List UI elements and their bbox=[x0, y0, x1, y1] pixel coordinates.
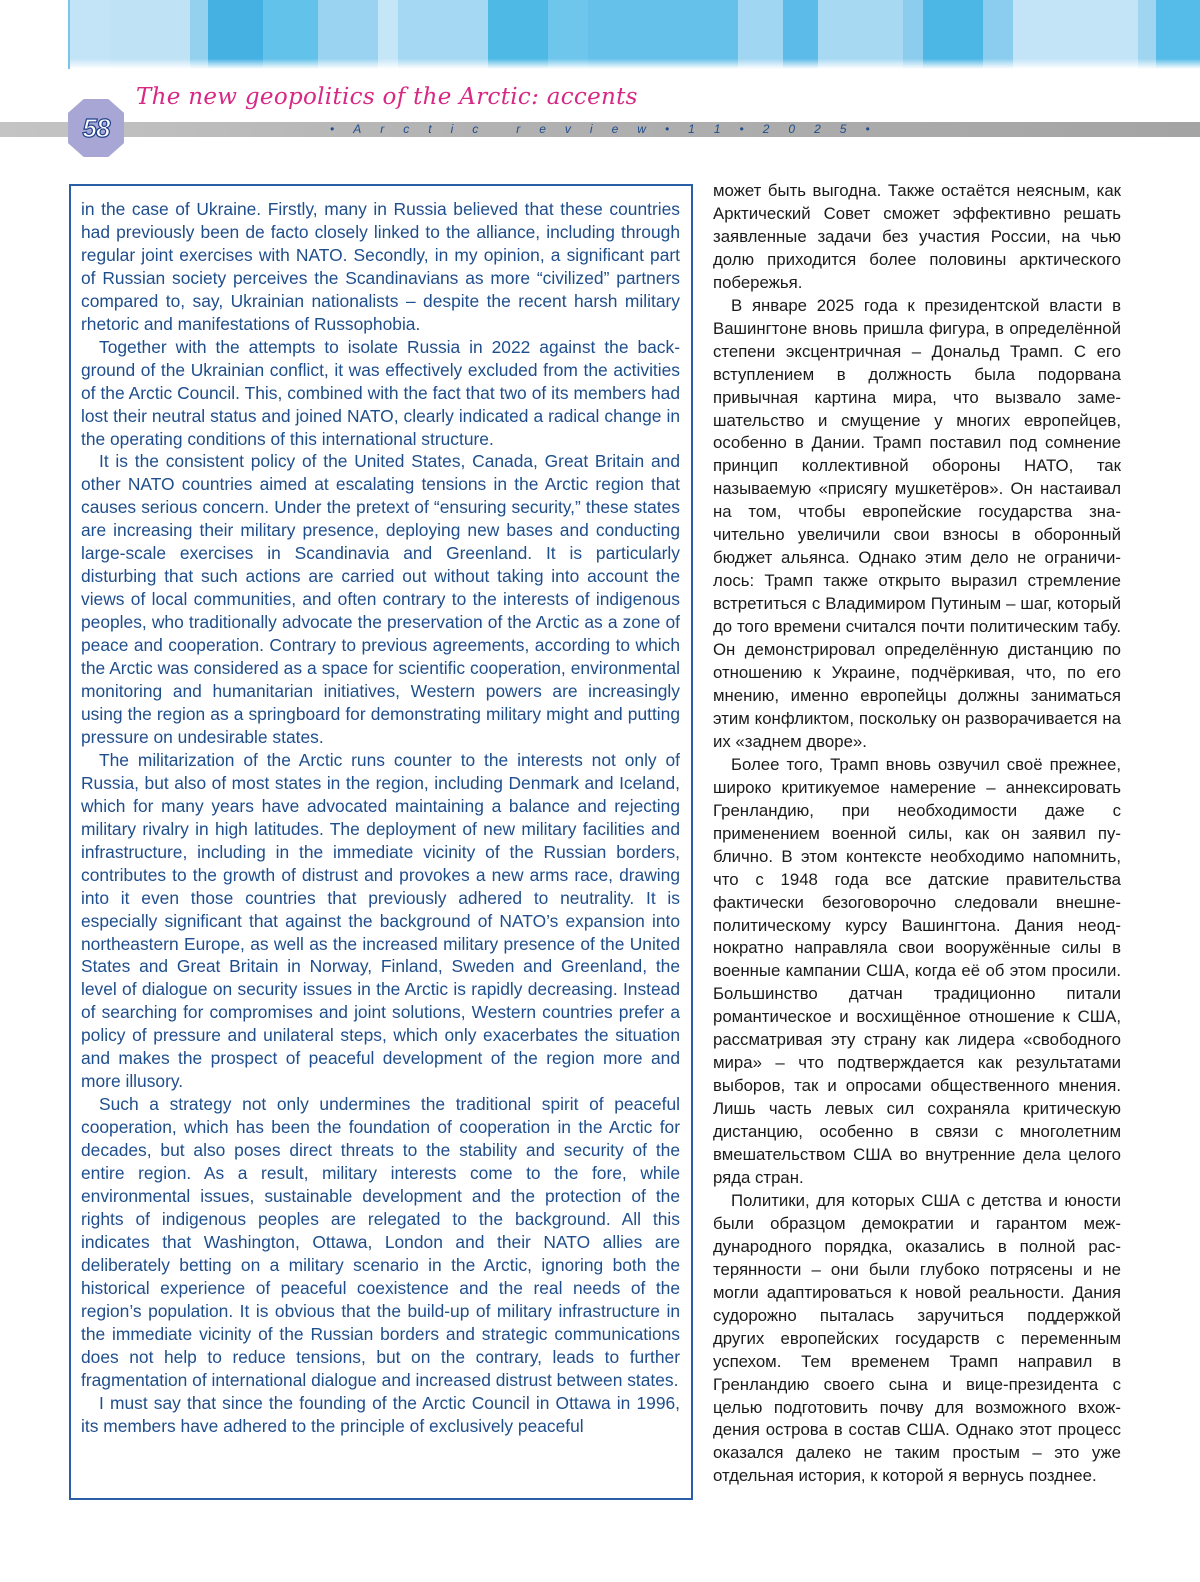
banner-stripe bbox=[1138, 0, 1156, 69]
journal-line-glyph: e bbox=[539, 122, 546, 136]
russian-text-column: может быть выгодна. Также остаётся неясн… bbox=[713, 180, 1121, 1488]
english-article-text: in the case of Ukraine. Firstly, many in… bbox=[81, 198, 680, 1437]
russian-paragraph: Более того, Трамп вновь озвучил своё пре… bbox=[713, 754, 1121, 1190]
banner-stripe bbox=[1156, 0, 1200, 69]
journal-line-glyph: i bbox=[590, 122, 593, 136]
journal-line-glyph: • bbox=[330, 122, 334, 136]
english-paragraph: I must say that since the founding of th… bbox=[81, 1392, 680, 1438]
journal-line-glyph: 2 bbox=[814, 122, 821, 136]
banner-stripe bbox=[208, 0, 263, 69]
english-paragraph: It is the consistent policy of the Unite… bbox=[81, 450, 680, 748]
banner-stripe bbox=[548, 0, 588, 69]
banner-stripe bbox=[263, 0, 318, 69]
page-number: 58 bbox=[83, 113, 110, 144]
journal-line-glyph: A bbox=[353, 122, 361, 136]
journal-line-glyph: v bbox=[565, 122, 571, 136]
journal-line-glyph: • bbox=[865, 122, 869, 136]
banner-stripe bbox=[110, 0, 190, 69]
banner-stripe bbox=[378, 0, 398, 69]
banner-stripe bbox=[903, 0, 923, 69]
running-title: The new geopolitics of the Arctic: accen… bbox=[136, 84, 638, 110]
russian-paragraph: В январе 2025 года к президентской власт… bbox=[713, 295, 1121, 754]
journal-line-glyph: w bbox=[637, 122, 646, 136]
journal-line-glyph: • bbox=[665, 122, 669, 136]
banner-stripe bbox=[70, 0, 110, 69]
journal-line-glyph: 1 bbox=[688, 122, 695, 136]
journal-line-glyph: c bbox=[403, 122, 409, 136]
journal-line: •Arcticreview•11•2025• bbox=[330, 121, 870, 137]
banner-stripe bbox=[190, 0, 208, 69]
banner-stripe bbox=[398, 0, 488, 69]
banner-stripe bbox=[488, 0, 548, 69]
banner-stripe bbox=[983, 0, 1013, 69]
russian-paragraph: Политики, для которых США с детства и юн… bbox=[713, 1190, 1121, 1488]
journal-line-glyph: c bbox=[472, 122, 478, 136]
journal-line-glyph: 0 bbox=[788, 122, 795, 136]
page-number-badge: 58 bbox=[68, 99, 124, 157]
banner-stripe bbox=[318, 0, 378, 69]
banner-stripe bbox=[818, 0, 903, 69]
journal-line-glyph: 2 bbox=[763, 122, 770, 136]
journal-line-glyph: t bbox=[428, 122, 431, 136]
journal-line-glyph: r bbox=[516, 122, 520, 136]
english-paragraph: Together with the attempts to isolate Ru… bbox=[81, 336, 680, 451]
english-text-box: in the case of Ukraine. Firstly, many in… bbox=[69, 184, 693, 1500]
russian-paragraph: может быть выгодна. Также остаётся неясн… bbox=[713, 180, 1121, 295]
header-banner bbox=[68, 0, 1200, 69]
english-paragraph: Such a strategy not only undermines the … bbox=[81, 1093, 680, 1391]
english-paragraph: The militarization of the Arctic runs co… bbox=[81, 749, 680, 1093]
journal-line-glyph: i bbox=[451, 122, 454, 136]
english-paragraph: in the case of Ukraine. Firstly, many in… bbox=[81, 198, 680, 336]
journal-line-glyph: 5 bbox=[840, 122, 847, 136]
banner-stripe bbox=[738, 0, 783, 69]
banner-stripe bbox=[783, 0, 818, 69]
journal-line-glyph: 1 bbox=[714, 122, 721, 136]
journal-line-glyph: • bbox=[740, 122, 744, 136]
russian-article-text: может быть выгодна. Также остаётся неясн… bbox=[713, 180, 1121, 1488]
journal-line-glyph: r bbox=[380, 122, 384, 136]
banner-stripe bbox=[923, 0, 983, 69]
journal-line-glyph: e bbox=[612, 122, 619, 136]
banner-stripe bbox=[1013, 0, 1138, 69]
banner-stripe bbox=[588, 0, 738, 69]
